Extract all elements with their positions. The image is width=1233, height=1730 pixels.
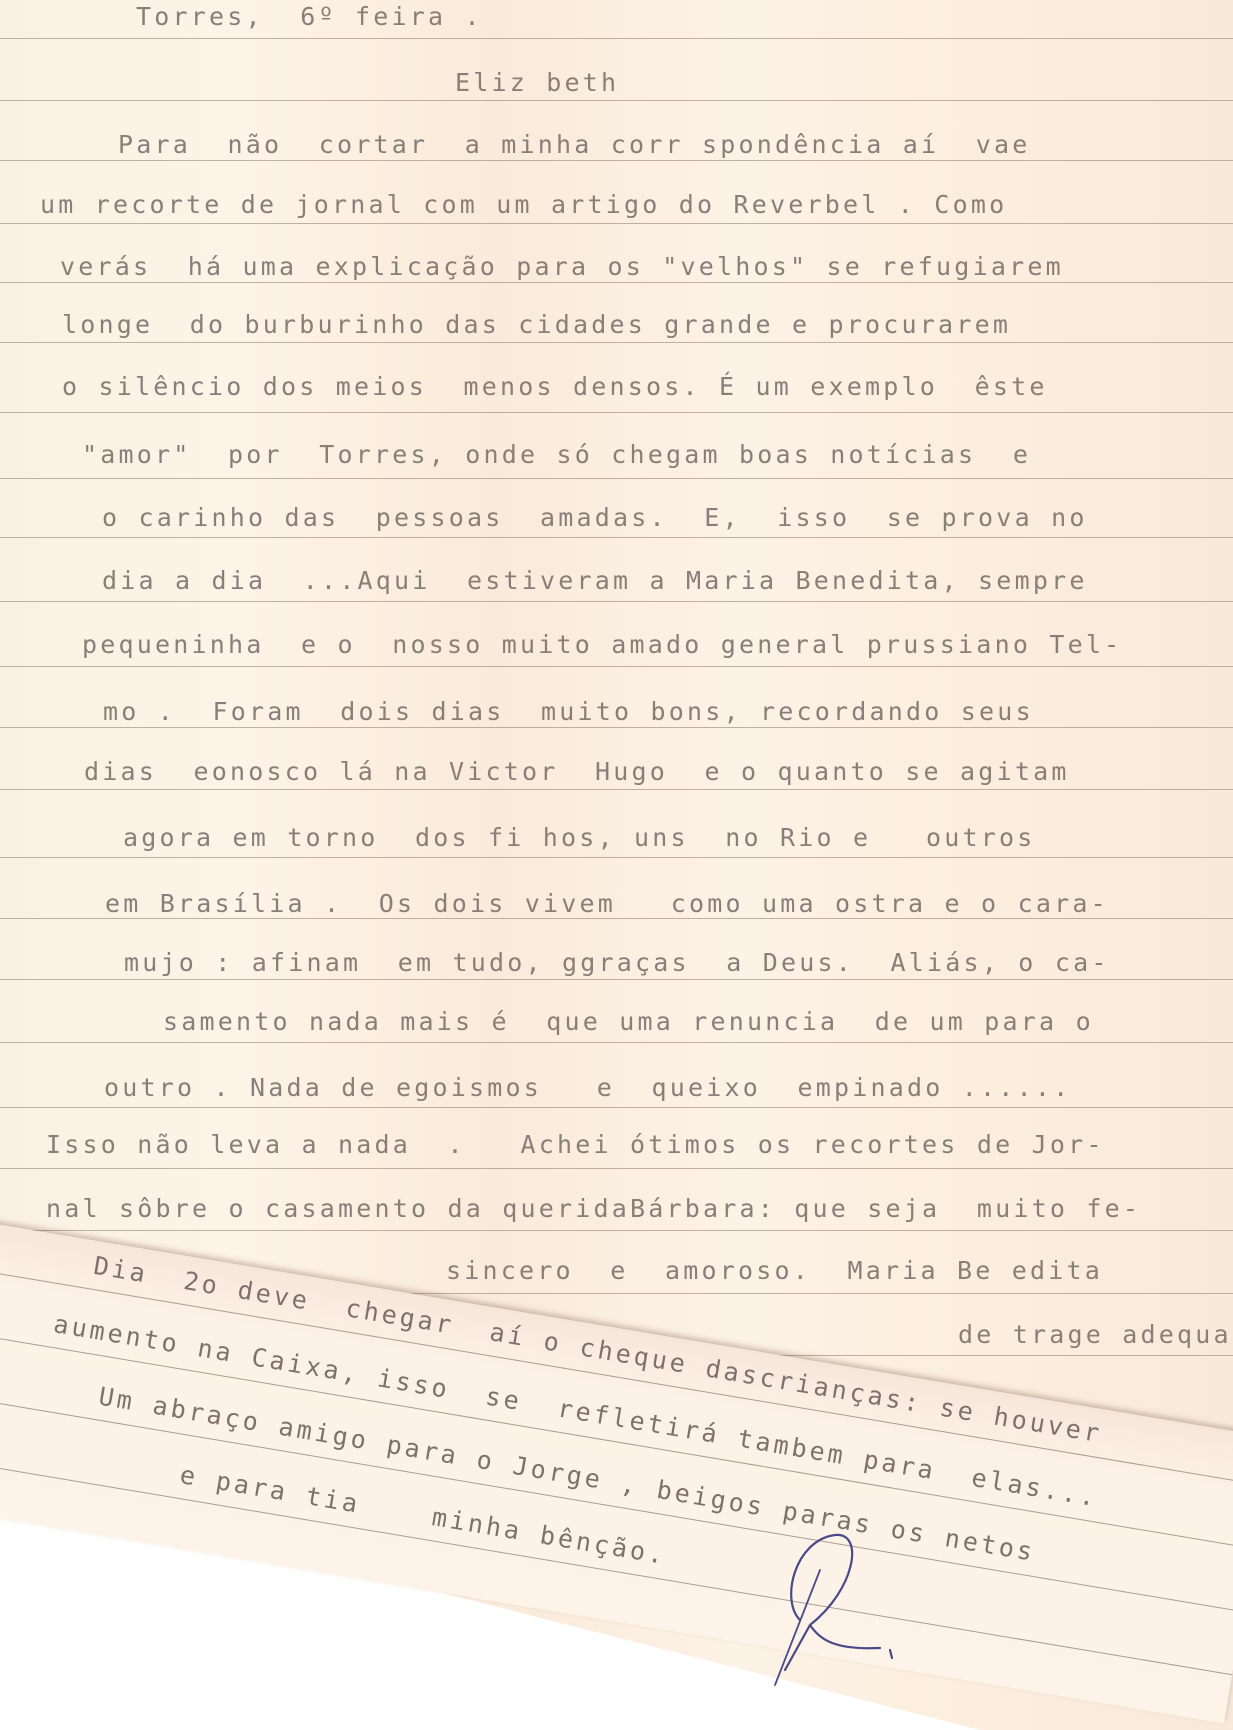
ruled-line xyxy=(0,1230,1233,1231)
body-line: Isso não leva a nada . Achei ótimos os r… xyxy=(46,1130,1105,1159)
body-line: em Brasília . Os dois vivem como uma ost… xyxy=(105,889,1109,918)
body-line: um recorte de jornal com um artigo do Re… xyxy=(40,190,1007,219)
ruled-line xyxy=(0,857,1233,858)
ruled-line xyxy=(0,342,1233,343)
ruled-line xyxy=(0,666,1233,667)
body-line: longe do burburinho das cidades grande e… xyxy=(62,310,1011,339)
salutation: Eliz beth xyxy=(455,68,619,97)
ruled-line xyxy=(0,1168,1233,1169)
ruled-line xyxy=(0,412,1233,413)
body-line: mujo : afinam em tudo, ggraças a Deus. A… xyxy=(124,948,1110,977)
ruled-line xyxy=(0,38,1233,39)
body-line: agora em torno dos fi hos, uns no Rio e … xyxy=(123,823,1036,852)
ruled-line xyxy=(0,1042,1233,1043)
body-line: Para não cortar a minha corr spondência … xyxy=(118,130,1031,159)
body-line: pequeninha e o nosso muito amado general… xyxy=(82,630,1122,659)
ruled-line xyxy=(0,160,1233,161)
body-line: "amor" por Torres, onde só chegam boas n… xyxy=(82,440,1031,469)
body-line: sincero e amoroso. Maria Be edita xyxy=(300,1256,1103,1285)
ruled-line xyxy=(0,478,1233,479)
body-line: dia a dia ...Aqui estiveram a Maria Bene… xyxy=(102,566,1088,595)
ruled-line xyxy=(0,1107,1233,1108)
body-line: samento nada mais é que uma renuncia de … xyxy=(163,1007,1094,1036)
body-line: o silêncio dos meios menos densos. É um … xyxy=(62,372,1048,401)
ruled-line xyxy=(0,979,1233,980)
body-line: outro . Nada de egoismos e queixo empina… xyxy=(104,1073,1071,1102)
ruled-line xyxy=(0,727,1233,728)
ruled-line xyxy=(0,223,1233,224)
ruled-line xyxy=(0,537,1233,538)
handwritten-signature: R. xyxy=(740,1530,940,1690)
ruled-line xyxy=(0,918,1233,919)
body-line: dias eonosco lá na Victor Hugo e o quant… xyxy=(84,757,1070,786)
place-date: Torres, 6º feira . xyxy=(136,2,483,31)
body-line: o carinho das pessoas amadas. E, isso se… xyxy=(102,503,1088,532)
ruled-line xyxy=(0,789,1233,790)
ruled-line xyxy=(0,100,1233,101)
body-line: nal sôbre o casamento da queridaBárbara:… xyxy=(46,1194,1141,1223)
body-line: verás há uma explicação para os "velhos"… xyxy=(60,252,1064,281)
ruled-line xyxy=(0,601,1233,602)
ruled-line xyxy=(0,282,1233,283)
body-line: mo . Foram dois dias muito bons, recorda… xyxy=(103,697,1034,726)
